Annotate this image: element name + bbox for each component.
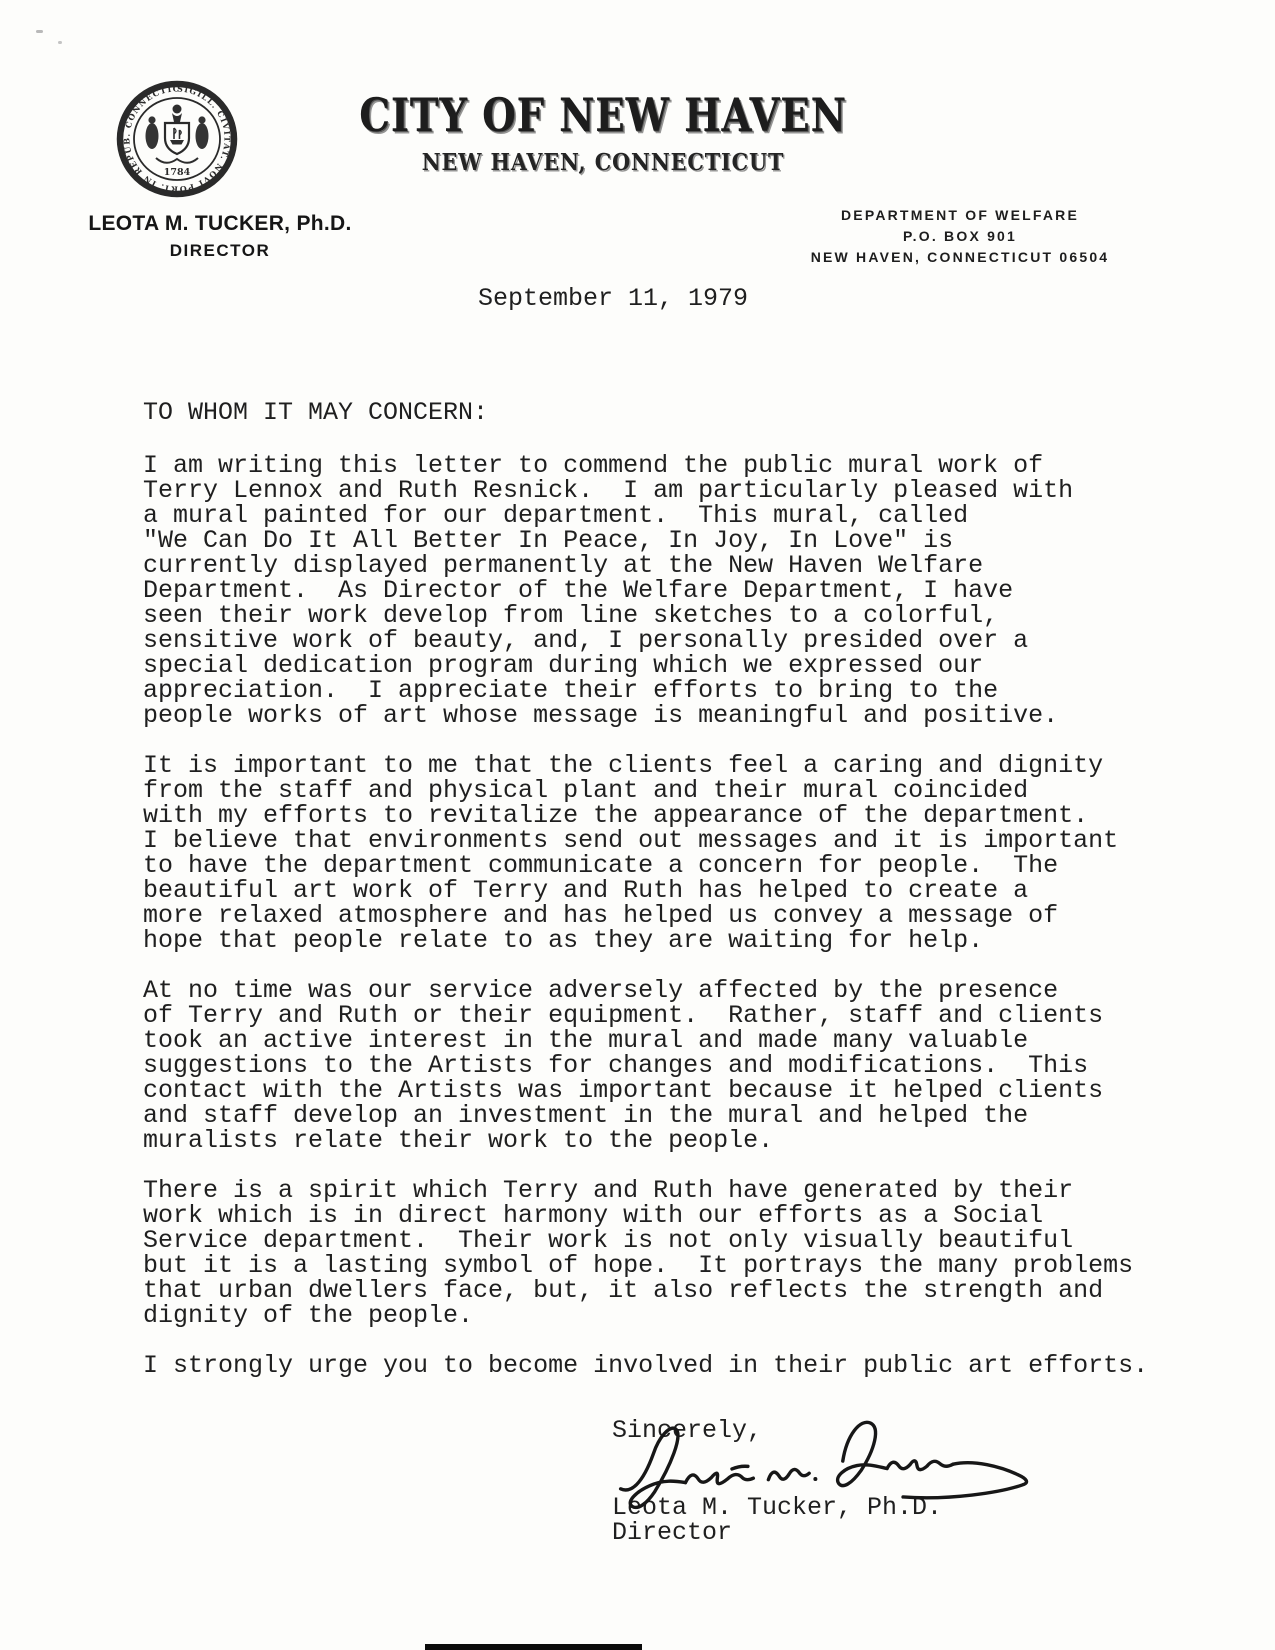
city-subtitle: New Haven, Connecticut [311, 149, 896, 176]
letter-body: TO WHOM IT MAY CONCERN: I am writing thi… [143, 400, 1203, 1403]
scan-speck [36, 30, 43, 33]
department-address: DEPARTMENT OF WELFARE P.O. BOX 901 NEW H… [795, 205, 1125, 268]
closing: Sincerely, [612, 1418, 942, 1443]
signature-name: Leota M. Tucker, Ph.D. [612, 1495, 942, 1520]
director-name: LEOTA M. TUCKER, Ph.D. [86, 212, 354, 236]
city-title: City of New Haven [330, 90, 876, 140]
po-box: P.O. BOX 901 [795, 226, 1125, 247]
letter-page: SIGILL. CIVITAT. NOVI PORT. IN REPUB. CO… [0, 0, 1275, 1650]
paragraph-4: There is a spirit which Terry and Ruth h… [143, 1178, 1203, 1328]
city-state-zip: NEW HAVEN, CONNECTICUT 06504 [795, 247, 1125, 268]
department-name: DEPARTMENT OF WELFARE [795, 205, 1125, 226]
paragraph-2: It is important to me that the clients f… [143, 753, 1203, 953]
city-seal-icon: SIGILL. CIVITAT. NOVI PORT. IN REPUB. CO… [110, 76, 245, 204]
scan-speck [58, 41, 62, 44]
letter-date: September 11, 1979 [478, 286, 748, 311]
scan-artifact-bar [425, 1644, 642, 1650]
director-title: DIRECTOR [86, 241, 354, 261]
paragraph-3: At no time was our service adversely aff… [143, 978, 1203, 1153]
seal-year: 1784 [164, 167, 191, 178]
director-block: LEOTA M. TUCKER, Ph.D. DIRECTOR [86, 212, 354, 261]
salutation: TO WHOM IT MAY CONCERN: [143, 400, 1203, 425]
closing-block: Sincerely, Leota M. Tucker, Ph.D. Direct… [612, 1418, 942, 1545]
paragraph-5: I strongly urge you to become involved i… [143, 1353, 1203, 1378]
letterhead-title-block: City of New Haven New Haven, Connecticut [278, 90, 928, 176]
signature-title: Director [612, 1520, 942, 1545]
paragraph-1: I am writing this letter to commend the … [143, 453, 1203, 728]
